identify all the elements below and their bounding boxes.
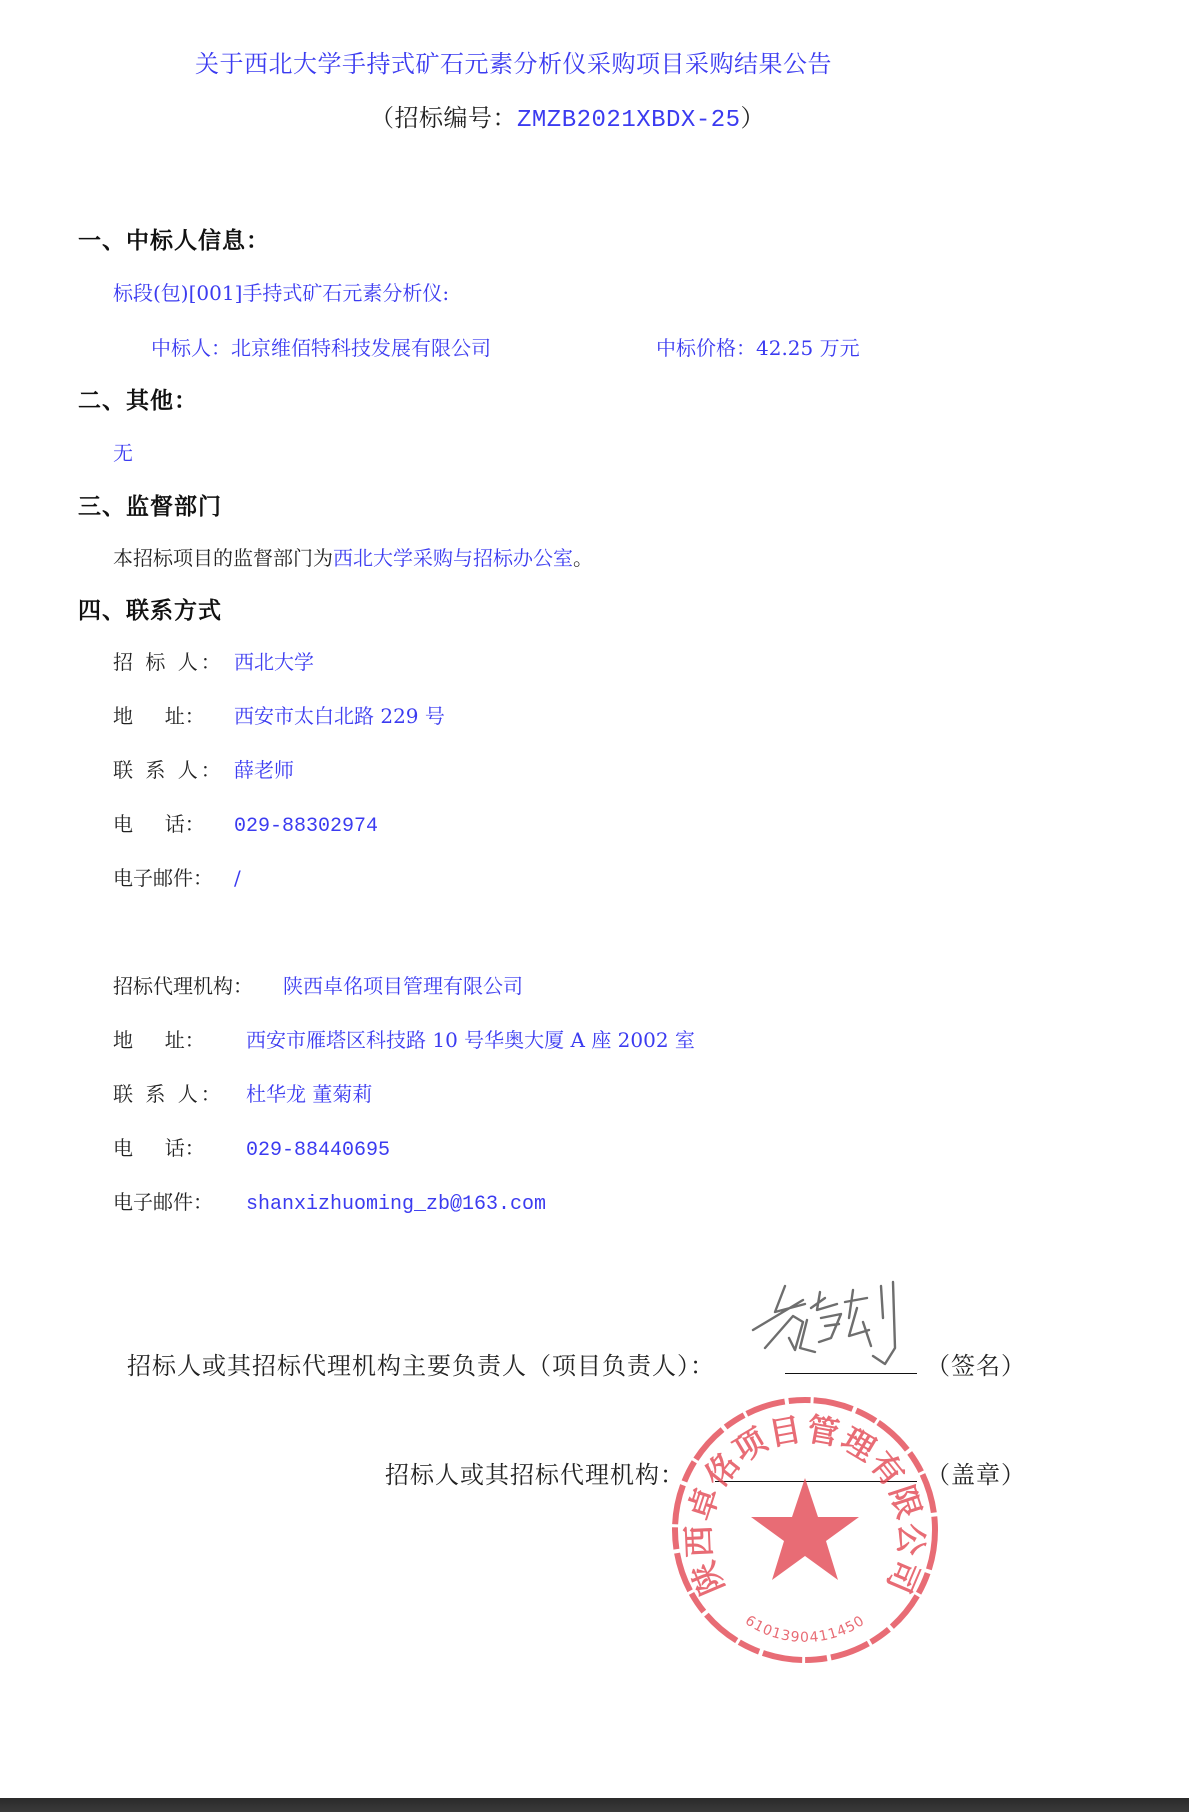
- field-label: 招 标 人：: [113, 646, 234, 675]
- agency-contact-row: 联 系 人：杜华龙 董菊莉: [113, 1078, 372, 1107]
- signature-suffix: （签名）: [926, 1346, 1026, 1381]
- field-label: 电子邮件：: [113, 1186, 246, 1215]
- field-email-link[interactable]: shanxizhuoming_zb@163.com: [246, 1193, 546, 1216]
- winner-label: 中标人：: [151, 336, 231, 360]
- section-heading-supervision: 三、监督部门: [78, 488, 222, 521]
- bid-number: ZMZB2021XBDX-25: [517, 107, 741, 134]
- tenderer-phone-row: 电 话：029-88302974: [113, 808, 378, 838]
- bid-number-prefix: （招标编号：: [370, 104, 517, 132]
- signature-underline: [785, 1373, 917, 1374]
- company-seal-icon: 陕西卓佲项目管理有限公司 6101390411450: [665, 1390, 945, 1670]
- tenderer-email-row: 电子邮件：/: [113, 862, 241, 891]
- field-value: /: [234, 866, 241, 890]
- seal-label: 招标人或其招标代理机构：: [385, 1455, 685, 1490]
- document-title: 关于西北大学手持式矿石元素分析仪采购项目采购结果公告: [195, 44, 832, 79]
- section-heading-winner-info: 一、中标人信息：: [78, 222, 270, 255]
- section-heading-other: 二、其他：: [78, 382, 198, 415]
- tenderer-name-row: 招 标 人：西北大学: [113, 646, 314, 675]
- field-label: 联 系 人：: [113, 1078, 246, 1107]
- tenderer-contact-row: 联 系 人：薛老师: [113, 754, 294, 783]
- field-value: 西安市太白北路 229 号: [234, 704, 445, 728]
- supervision-prefix: 本招标项目的监督部门为: [113, 546, 333, 570]
- bottom-toolbar: [0, 1798, 1189, 1812]
- field-label: 电子邮件：: [113, 862, 234, 891]
- price-line: 中标价格：42.25 万元: [656, 332, 860, 361]
- field-label: 电 话：: [113, 1132, 246, 1161]
- field-value: 薛老师: [234, 758, 294, 782]
- field-label: 地 址：: [113, 1024, 246, 1053]
- supervision-suffix: 。: [573, 546, 593, 570]
- field-value: 029-88440695: [246, 1139, 390, 1162]
- signatory-label: 招标人或其招标代理机构主要负责人（项目负责人）：: [127, 1346, 715, 1381]
- handwritten-signature-icon: [745, 1278, 910, 1370]
- winner-name: 北京维佰特科技发展有限公司: [231, 336, 491, 360]
- section-heading-contact: 四、联系方式: [78, 592, 222, 625]
- field-value: 西安市雁塔区科技路 10 号华奥大厦 A 座 2002 室: [246, 1028, 695, 1052]
- bid-number-line: （招标编号：ZMZB2021XBDX-25）: [370, 98, 765, 134]
- field-value: 西北大学: [234, 650, 314, 674]
- field-label: 地 址：: [113, 700, 234, 729]
- price-label: 中标价格：: [656, 336, 756, 360]
- agency-address-row: 地 址：西安市雁塔区科技路 10 号华奥大厦 A 座 2002 室: [113, 1024, 695, 1053]
- field-label: 电 话：: [113, 808, 234, 837]
- seal-code: 6101390411450: [742, 1613, 868, 1646]
- field-value: 陕西卓佲项目管理有限公司: [283, 974, 523, 998]
- agency-phone-row: 电 话：029-88440695: [113, 1132, 390, 1162]
- price-value: 42.25 万元: [756, 336, 860, 360]
- supervision-department: 西北大学采购与招标办公室: [333, 546, 573, 570]
- field-value: 029-88302974: [234, 815, 378, 838]
- other-content: 无: [113, 437, 133, 466]
- supervision-text: 本招标项目的监督部门为西北大学采购与招标办公室。: [113, 542, 593, 571]
- tenderer-address-row: 地 址：西安市太白北路 229 号: [113, 700, 445, 729]
- lot-description: 标段(包)[001]手持式矿石元素分析仪:: [113, 277, 449, 306]
- field-label: 联 系 人：: [113, 754, 234, 783]
- field-value: 杜华龙 董菊莉: [246, 1082, 372, 1106]
- agency-name-row: 招标代理机构：陕西卓佲项目管理有限公司: [113, 970, 523, 999]
- agency-email-row: 电子邮件：shanxizhuoming_zb@163.com: [113, 1186, 546, 1216]
- bid-number-suffix: ）: [741, 104, 766, 132]
- field-label: 招标代理机构：: [113, 970, 283, 999]
- svg-text:6101390411450: 6101390411450: [742, 1613, 868, 1646]
- winner-line: 中标人：北京维佰特科技发展有限公司: [151, 332, 491, 361]
